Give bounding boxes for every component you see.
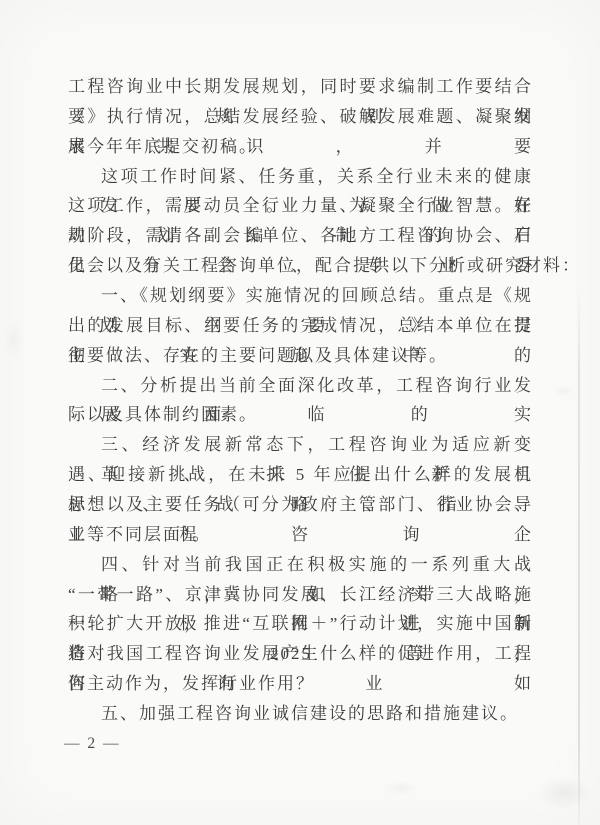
text-line: 动阶段，需请各副会长单位、各地方工程咨询协会、石化分会、专业委: [68, 221, 533, 251]
text-line: 这项工作，需要动员全行业力量、凝聚全行业智慧。在规划编制的启: [68, 191, 533, 221]
text-line: 一轮扩大开放，推进“互联网＋”行动计划，实施中国制造 2025 等，: [68, 609, 533, 639]
text-line: 遇、迎接新挑战，在未来 5 年应提出什么样的发展目标、战略、指导: [68, 460, 533, 490]
scan-smudge: [552, 386, 574, 396]
text-block: 工程咨询业中长期发展规划，同时要求编制工作要结合《规划纲要》执行情况，总结发展经…: [68, 72, 533, 729]
page-number: — 2 —: [64, 734, 121, 754]
text-line: 出的发展目标、主要任务的完成情况，总结本单位在贯彻实施中的: [68, 311, 533, 341]
text-line: 思想以及主要任务（可分为政府主管部门、行业协会、工程咨询企: [68, 490, 533, 520]
text-line: 四、针对当前我国正在积极实施的一系列重大战略，如实施: [68, 550, 533, 580]
scan-edge-line: [578, 288, 580, 825]
text-line: 员会以及有关工程咨询单位，配合提供以下分析或研究材料：: [68, 251, 533, 281]
scan-smudge: [536, 776, 592, 810]
scan-smudge: [4, 318, 24, 362]
text-line: 工程咨询业中长期发展规划，同时要求编制工作要结合《规划纲: [68, 72, 533, 102]
scan-smudge: [384, 780, 418, 796]
document-page: 工程咨询业中长期发展规划，同时要求编制工作要结合《规划纲要》执行情况，总结发展经…: [0, 0, 600, 825]
text-line: 这项工作时间紧、任务重，关系全行业未来的健康发展。为做好: [68, 162, 533, 192]
text-line: 一、《规划纲要》实施情况的回顾总结。重点是《规划纲要》提: [68, 281, 533, 311]
text-line: 将对我国工程咨询业发展产生什么样的促进作用，工程咨询业如: [68, 639, 533, 669]
text-line: “一带一路”、京津冀协同发展、长江经济带三大战略，积极推进新: [68, 580, 533, 610]
text-line: 要》执行情况，总结发展经验、破解发展难题、凝聚发展共识，并要: [68, 102, 533, 132]
text-line: 五、加强工程咨询业诚信建设的思路和措施建议。: [68, 699, 533, 729]
text-line: 二、分析提出当前全面深化改革，工程咨询行业发展面临的实: [68, 371, 533, 401]
text-line: 三、经济发展新常态下，工程咨询业为适应新变革、抓住新机: [68, 430, 533, 460]
